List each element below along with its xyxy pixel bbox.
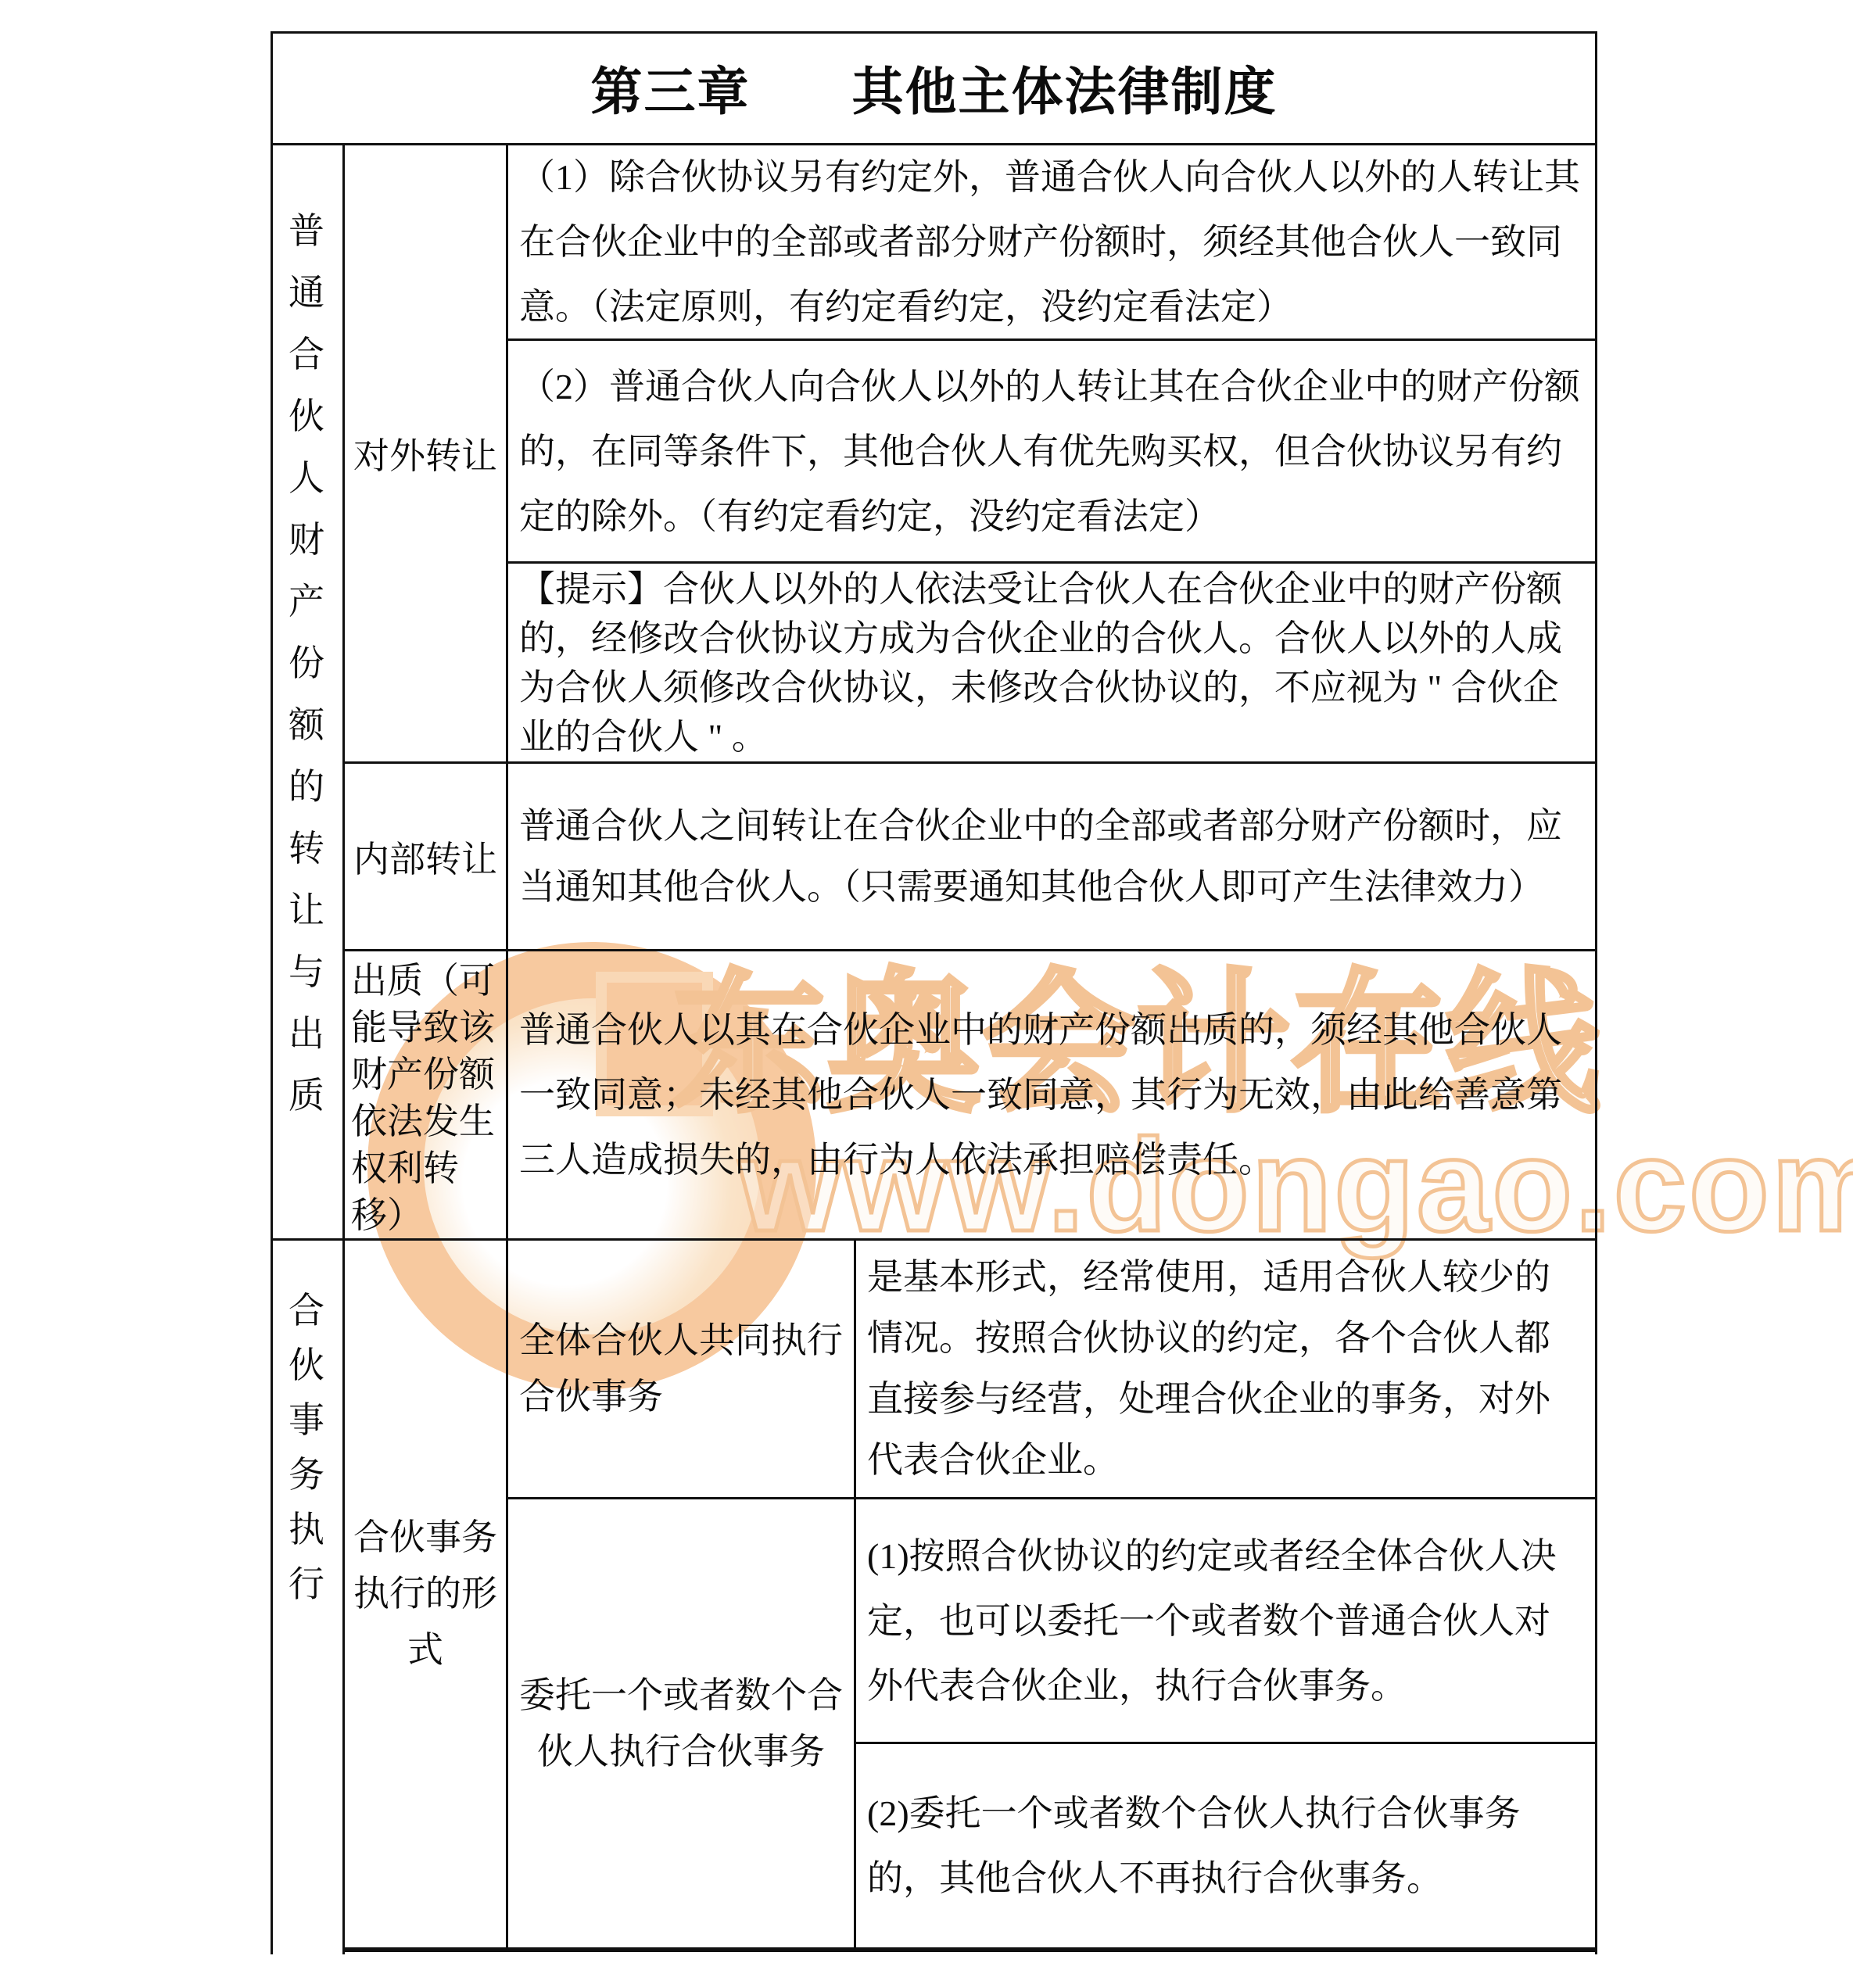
group-label-execution-form: 合伙事务执行的形式: [345, 1241, 508, 1947]
cell-pledge-rule: 普通合伙人以其在合伙企业中的财产份额出质的，须经其他合伙人一致同意；未经其他合伙…: [508, 951, 1595, 1241]
group-label-external-transfer: 对外转让: [345, 145, 508, 764]
cell-external-transfer-rule-2: （2）普通合伙人向合伙人以外的人转让其在合伙企业中的财产份额的，在同等条件下，其…: [508, 341, 1595, 564]
cell-external-transfer-tip: 【提示】合伙人以外的人依法受让合伙人在合伙企业中的财产份额的，经修改合伙协议方成…: [508, 564, 1595, 764]
cell-all-partners-execute-desc: 是基本形式，经常使用，适用合伙人较少的情况。按照合伙协议的约定，各个合伙人都直接…: [856, 1241, 1595, 1499]
page-title-chapter: 第三章: [591, 50, 751, 124]
cell-internal-transfer-rule: 普通合伙人之间转让在合伙企业中的全部或者部分财产份额时，应当通知其他合伙人。（只…: [508, 764, 1595, 951]
row-label-partner-share-transfer: 普通合伙人财产份额的转让与出质: [271, 145, 345, 1241]
row-label-entrust-partners-execute: 委托一个或者数个合伙人执行合伙事务: [508, 1499, 856, 1947]
table-bottom-border: [345, 1947, 1597, 1952]
row-label-all-partners-execute: 全体合伙人共同执行合伙事务: [508, 1241, 856, 1499]
group-label-internal-transfer: 内部转让: [345, 764, 508, 951]
cell-entrust-rule-1: (1)按照合伙协议的约定或者经全体合伙人决定，也可以委托一个或者数个普通合伙人对…: [856, 1499, 1595, 1744]
row-label-partnership-affairs-execution: 合伙事务执行: [271, 1241, 345, 1954]
cell-entrust-rule-2: (2)委托一个或者数个合伙人执行合伙事务的，其他合伙人不再执行合伙事务。: [856, 1744, 1595, 1947]
cell-external-transfer-rule-1: （1）除合伙协议另有约定外，普通合伙人向合伙人以外的人转让其在合伙企业中的全部或…: [508, 145, 1595, 341]
page-title: 第三章其他主体法律制度: [271, 31, 1597, 145]
group-label-pledge: 出质（可能导致该财产份额依法发生权利转移）: [345, 951, 508, 1241]
page-title-rest: 其他主体法律制度: [852, 50, 1278, 124]
document-page: 东奥会计在线 www.dongao.com 第三章其他主体法律制度 普通合伙人财…: [0, 0, 1853, 1988]
